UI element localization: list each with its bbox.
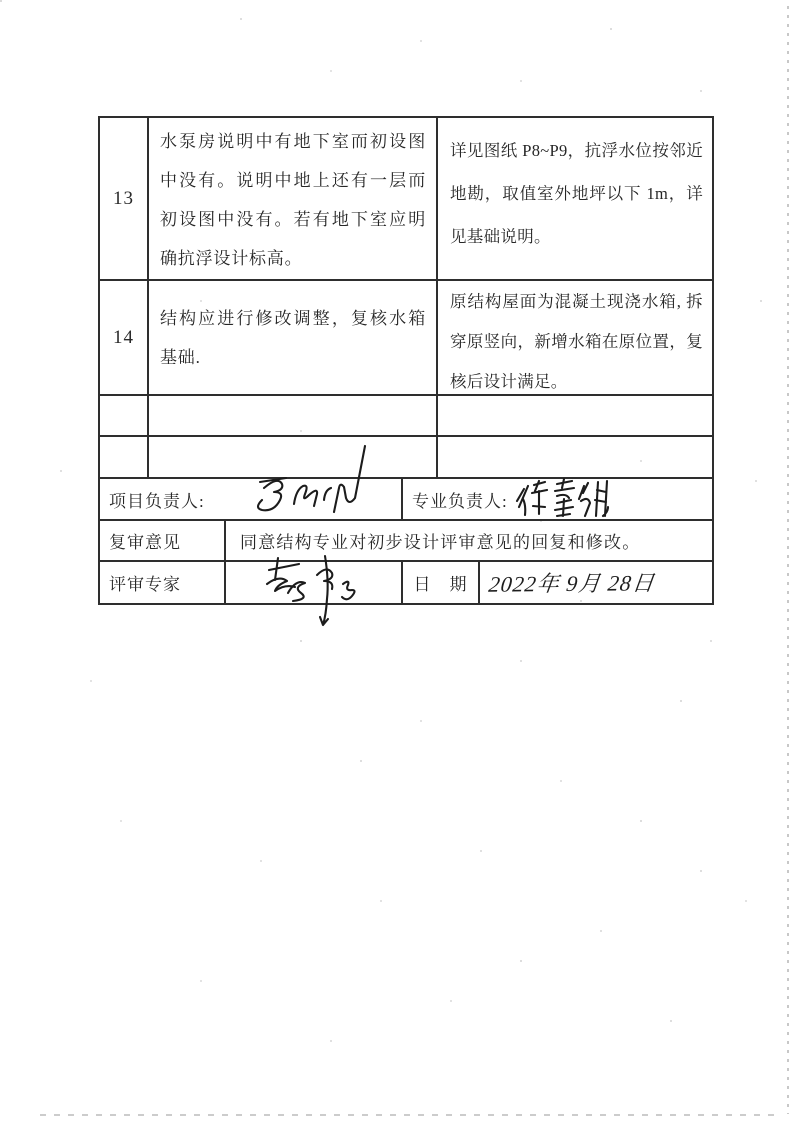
review-comments-table: 13 水泵房说明中有地下室而初设图中没有。说明中地上还有一层而初设图中没有。若有… [98, 116, 714, 605]
empty-reply-cell [438, 396, 712, 435]
scanned-document-page: 13 水泵房说明中有地下室而初设图中没有。说明中地上还有一层而初设图中没有。若有… [0, 0, 793, 1122]
empty-number-cell [100, 437, 149, 477]
project-lead-cell: 项目负责人: [100, 479, 403, 519]
review-expert-label: 评审专家 [109, 570, 181, 595]
handwritten-date: 2022年 9月 28日 [487, 566, 657, 598]
issue-text: 水泵房说明中有地下室而初设图中没有。说明中地上还有一层而初设图中没有。若有地下室… [149, 118, 436, 278]
discipline-lead-cell: 专业负责人: [403, 479, 712, 519]
reply-text [438, 396, 712, 407]
date-value-cell: 2022年 9月 28日 [480, 562, 712, 603]
table-row-empty-2 [100, 437, 712, 479]
reply-text: 原结构屋面为混凝土现浇水箱, 拆穿原竖向，新增水箱在原位置，复核后设计满足。 [438, 281, 712, 402]
date-label-cell: 日 期 [403, 562, 480, 603]
review-expert-label-cell: 评审专家 [100, 562, 226, 603]
empty-reply-cell [438, 437, 712, 477]
empty-issue-cell [149, 437, 438, 477]
row14-reply-cell: 原结构屋面为混凝土现浇水箱, 拆穿原竖向，新增水箱在原位置，复核后设计满足。 [438, 281, 712, 394]
discipline-lead-label: 专业负责人: [412, 487, 508, 512]
review-expert-row: 评审专家 日 期 2022年 9月 28日 [100, 562, 712, 603]
table-row-14: 14 结构应进行修改调整，复核水箱基础. 原结构屋面为混凝土现浇水箱, 拆穿原竖… [100, 281, 712, 396]
project-lead-label: 项目负责人: [109, 487, 205, 512]
review-opinion-row: 复审意见 同意结构专业对初步设计评审意见的回复和修改。 [100, 521, 712, 562]
empty-issue-cell [149, 396, 438, 435]
row14-number-cell: 14 [100, 281, 149, 394]
row-number: 13 [113, 188, 134, 210]
scan-edge-artifact-bottom [40, 1114, 780, 1116]
review-opinion-label: 复审意见 [109, 528, 181, 553]
row-number: 14 [113, 327, 134, 349]
scan-edge-artifact-right [787, 6, 789, 1114]
review-opinion-text-cell: 同意结构专业对初步设计评审意见的回复和修改。 [226, 521, 712, 560]
review-expert-signature-cell [226, 562, 403, 603]
leads-signature-row: 项目负责人: 专业负责人: [100, 479, 712, 521]
scan-noise-speckle [0, 0, 2, 2]
date-label: 日 期 [414, 570, 468, 595]
table-row-empty-1 [100, 396, 712, 437]
issue-text: 结构应进行修改调整，复核水箱基础. [149, 299, 436, 377]
issue-text [149, 437, 436, 441]
discipline-lead-signature [512, 477, 616, 519]
row14-issue-cell: 结构应进行修改调整，复核水箱基础. [149, 281, 438, 394]
empty-number-cell [100, 396, 149, 435]
row13-issue-cell: 水泵房说明中有地下室而初设图中没有。说明中地上还有一层而初设图中没有。若有地下室… [149, 118, 438, 279]
review-opinion-label-cell: 复审意见 [100, 521, 226, 560]
row13-reply-cell: 详见图纸 P8~P9，抗浮水位按邻近地勘，取值室外地坪以下 1m，详见基础说明。 [438, 118, 712, 279]
reply-text: 详见图纸 P8~P9，抗浮水位按邻近地勘，取值室外地坪以下 1m，详见基础说明。 [438, 118, 712, 258]
row13-number-cell: 13 [100, 118, 149, 279]
review-opinion-text: 同意结构专业对初步设计评审意见的回复和修改。 [240, 528, 640, 553]
table-row-13: 13 水泵房说明中有地下室而初设图中没有。说明中地上还有一层而初设图中没有。若有… [100, 118, 712, 281]
issue-text [149, 396, 436, 400]
reply-text [438, 437, 712, 448]
